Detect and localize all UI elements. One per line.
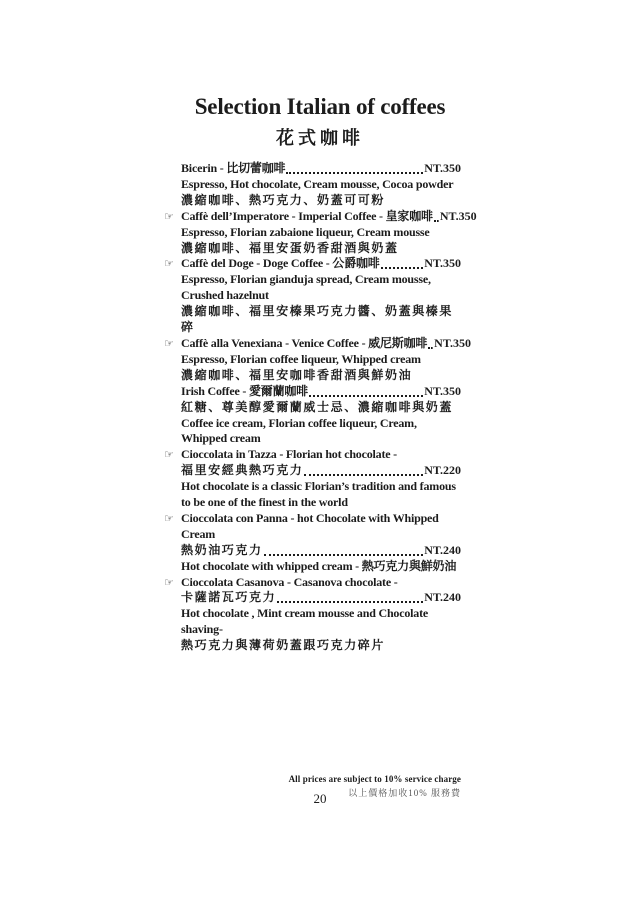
menu-item-description-en: Hot chocolate with whipped cream - 熱巧克力與…	[181, 559, 461, 575]
menu-item: ☞Caffè del Doge - Doge Coffee - 公爵咖啡NT.3…	[181, 256, 461, 336]
page-title: Selection Italian of coffees	[0, 94, 640, 120]
dotted-leader	[286, 172, 423, 174]
menu-item-name: Caffè alla Venexiana - Venice Coffee - 威…	[181, 336, 427, 352]
menu-item-name: Caffè del Doge - Doge Coffee - 公爵咖啡	[181, 256, 380, 272]
page-subtitle-cjk: 花式咖啡	[0, 124, 640, 150]
menu-item-name: Irish Coffee - 愛爾蘭咖啡	[181, 384, 308, 400]
manicule-icon: ☞	[164, 257, 174, 270]
menu-item-price: NT.240	[424, 590, 461, 606]
menu-item-price: NT.350	[424, 384, 461, 400]
menu-list: Bicerin - 比切蕾咖啡NT.350Espresso, Hot choco…	[181, 161, 461, 654]
dotted-leader	[304, 474, 423, 476]
menu-item: ☞Cioccolata in Tazza - Florian hot choco…	[181, 447, 461, 511]
service-charge-note-en: All prices are subject to 10% service ch…	[181, 774, 461, 784]
manicule-icon: ☞	[164, 512, 174, 525]
menu-item-description-zh: 濃縮咖啡、熱巧克力、奶蓋可可粉	[181, 193, 461, 209]
menu-item-name: 熱奶油巧克力	[181, 543, 263, 559]
manicule-icon: ☞	[164, 337, 174, 350]
menu-item-name: Caffè dell’Imperatore - Imperial Coffee …	[181, 209, 433, 225]
menu-item-description-en: Cioccolata Casanova - Casanova chocolate…	[181, 575, 461, 591]
menu-item-description-en: Espresso, Florian gianduja spread, Cream…	[181, 272, 461, 304]
menu-item-description-zh: 濃縮咖啡、福里安咖啡香甜酒與鮮奶油	[181, 368, 461, 384]
menu-item-description-en: Cioccolata in Tazza - Florian hot chocol…	[181, 447, 461, 463]
menu-item-description-en: Espresso, Florian zabaione liqueur, Crea…	[181, 225, 461, 241]
menu-item-description-zh: 濃縮咖啡、福里安蛋奶香甜酒與奶蓋	[181, 241, 461, 257]
page-number: 20	[0, 791, 640, 807]
dotted-leader	[264, 554, 424, 556]
menu-item-description-en: Espresso, Hot chocolate, Cream mousse, C…	[181, 177, 461, 193]
dotted-leader	[309, 395, 423, 397]
menu-item-price: NT.350	[424, 161, 461, 177]
menu-item-name-line: Caffè del Doge - Doge Coffee - 公爵咖啡NT.35…	[181, 256, 461, 272]
menu-item: Bicerin - 比切蕾咖啡NT.350Espresso, Hot choco…	[181, 161, 461, 209]
dotted-leader	[428, 347, 433, 349]
dotted-leader	[381, 267, 424, 269]
menu-item-name: 福里安經典熱巧克力	[181, 463, 303, 479]
menu-item-name-line: Caffè dell’Imperatore - Imperial Coffee …	[181, 209, 461, 225]
menu-item-description-en: Hot chocolate is a classic Florian’s tra…	[181, 479, 461, 511]
menu-item-description-en: Cioccolata con Panna - hot Chocolate wit…	[181, 511, 461, 543]
menu-item-price: NT.220	[424, 463, 461, 479]
manicule-icon: ☞	[164, 210, 174, 223]
dotted-leader	[434, 220, 439, 222]
menu-item: ☞Cioccolata Casanova - Casanova chocolat…	[181, 575, 461, 655]
menu-item-name-line: 熱奶油巧克力NT.240	[181, 543, 461, 559]
menu-item-name-line: Caffè alla Venexiana - Venice Coffee - 威…	[181, 336, 461, 352]
menu-item-name-line: 福里安經典熱巧克力NT.220	[181, 463, 461, 479]
menu-item: ☞Caffè dell’Imperatore - Imperial Coffee…	[181, 209, 461, 257]
menu-item-description-en: Hot chocolate , Mint cream mousse and Ch…	[181, 606, 461, 638]
menu-item: Irish Coffee - 愛爾蘭咖啡NT.350紅糖、尊美醇愛爾蘭威士忌、濃…	[181, 384, 461, 448]
menu-item-price: NT.350	[424, 256, 461, 272]
menu-item-name-line: Irish Coffee - 愛爾蘭咖啡NT.350	[181, 384, 461, 400]
menu-item-description-zh: 濃縮咖啡、福里安榛果巧克力醬、奶蓋與榛果碎	[181, 304, 461, 336]
menu-item-price: NT.350	[434, 336, 471, 352]
menu-item-name-line: 卡薩諾瓦巧克力NT.240	[181, 590, 461, 606]
menu-item-description-zh: 紅糖、尊美醇愛爾蘭威士忌、濃縮咖啡與奶蓋	[181, 400, 461, 416]
menu-item-price: NT.350	[440, 209, 477, 225]
menu-item-name-line: Bicerin - 比切蕾咖啡NT.350	[181, 161, 461, 177]
menu-item-name: 卡薩諾瓦巧克力	[181, 590, 276, 606]
menu-item-description-zh: 熱巧克力與薄荷奶蓋跟巧克力碎片	[181, 638, 461, 654]
menu-page: Selection Italian of coffees 花式咖啡 Biceri…	[0, 0, 640, 905]
manicule-icon: ☞	[164, 448, 174, 461]
menu-item: ☞Caffè alla Venexiana - Venice Coffee - …	[181, 336, 461, 384]
menu-item-price: NT.240	[424, 543, 461, 559]
menu-item-description-en: Espresso, Florian coffee liqueur, Whippe…	[181, 352, 461, 368]
dotted-leader	[277, 601, 423, 603]
menu-item-name: Bicerin - 比切蕾咖啡	[181, 161, 285, 177]
menu-item: ☞Cioccolata con Panna - hot Chocolate wi…	[181, 511, 461, 575]
menu-item-description-en: Coffee ice cream, Florian coffee liqueur…	[181, 416, 461, 448]
manicule-icon: ☞	[164, 576, 174, 589]
